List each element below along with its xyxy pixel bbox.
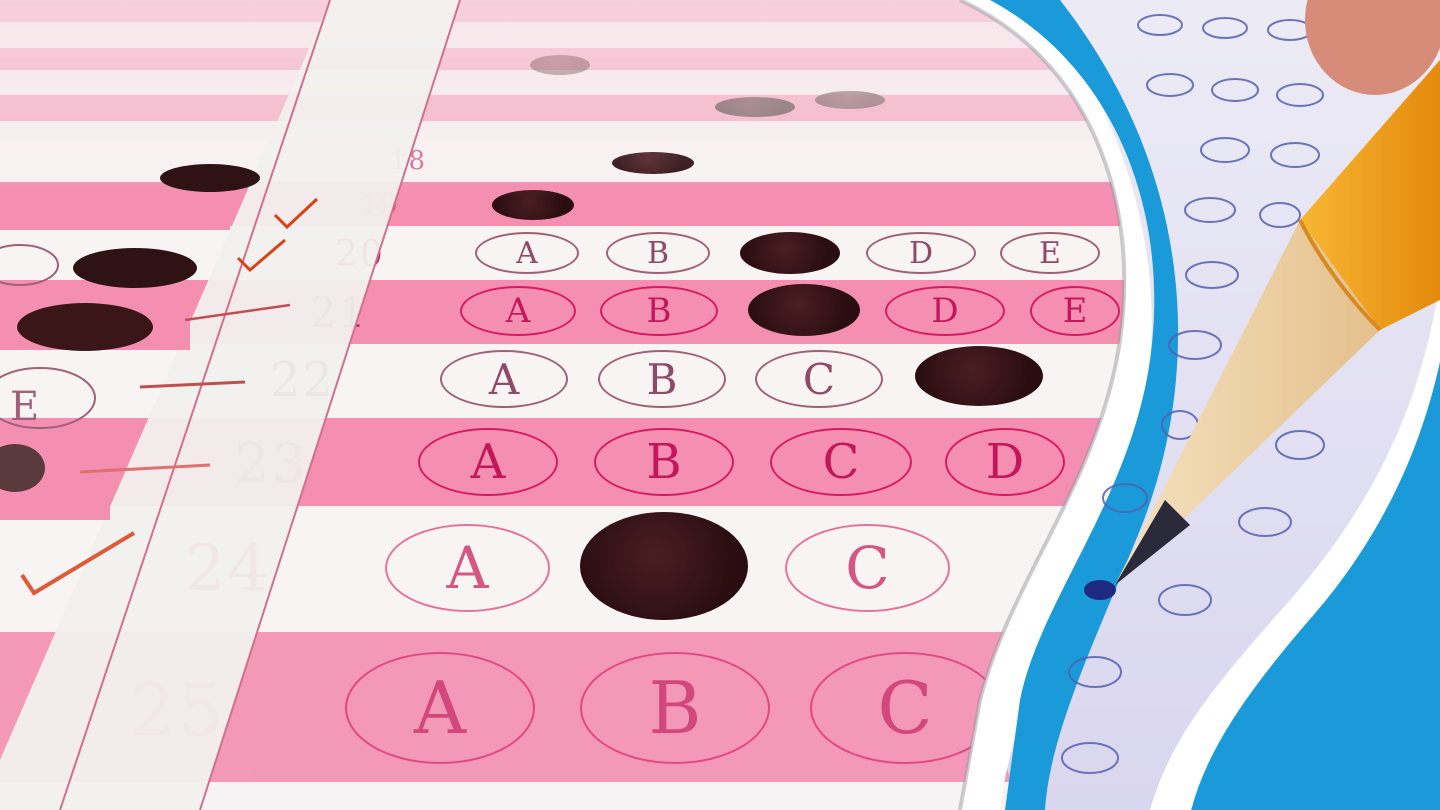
sheet-row-22: 22 A B C (0, 344, 1140, 416)
choice-bubble: C (755, 350, 883, 408)
filled-bubble (580, 512, 748, 620)
choice-bubble: A (460, 286, 576, 336)
question-number: 24 (185, 532, 270, 606)
sheet-row-20: 20 A B D E (0, 226, 1140, 282)
blurred-row (0, 0, 1140, 22)
filled-bubble (748, 284, 860, 336)
sheet-row-23: 23 A B C D (0, 418, 1140, 506)
pencil-icon (1115, 60, 1440, 585)
filled-bubble (740, 232, 840, 274)
choice-bubble: A (418, 428, 558, 496)
question-number: 18 (390, 146, 427, 176)
question-number: 21 (310, 288, 367, 337)
choice-bubble: B (606, 232, 710, 274)
sheet-row-19: 19 (0, 182, 1140, 226)
answer-sheet-photo: 18 19 20 A B D E 21 A B D E 22 A B C (0, 0, 1440, 810)
choice-bubble: E (1030, 286, 1120, 336)
choice-bubble: A (440, 350, 568, 408)
choice-bubble: C (770, 428, 912, 496)
blurred-row (0, 95, 1140, 121)
choice-bubble: D (866, 232, 976, 274)
pink-answer-sheet: 18 19 20 A B D E 21 A B D E 22 A B C (0, 0, 1140, 810)
choice-bubble: D (945, 428, 1065, 496)
filled-bubble (612, 152, 694, 174)
sheet-row-24: 24 A C (0, 506, 1140, 632)
choice-bubble: B (594, 428, 734, 496)
question-number: 22 (270, 352, 335, 408)
choice-bubble: E (1000, 232, 1100, 274)
filled-bubble (915, 346, 1043, 406)
choice-bubble: B (580, 652, 770, 764)
choice-bubble: B (598, 350, 726, 408)
sheet-row-18: 18 (0, 140, 1140, 180)
filled-bubble (815, 91, 885, 109)
choice-bubble: A (475, 232, 579, 274)
question-number: 23 (235, 432, 308, 495)
choice-bubble: C (785, 524, 950, 612)
choice-bubble: D (885, 286, 1005, 336)
filled-bubble (530, 55, 590, 75)
choice-bubble: A (385, 524, 550, 612)
sheet-row-25: 25 A B C (0, 632, 1140, 782)
sheet-row-21: 21 A B D E (0, 280, 1140, 344)
question-number: 20 (335, 234, 385, 275)
filled-bubble (715, 97, 795, 117)
choice-bubble: B (600, 286, 718, 336)
question-number: 19 (360, 188, 400, 221)
choice-bubble: C (810, 652, 1000, 764)
question-number: 25 (130, 668, 226, 752)
choice-bubble: A (345, 652, 535, 764)
filled-bubble (492, 190, 574, 220)
